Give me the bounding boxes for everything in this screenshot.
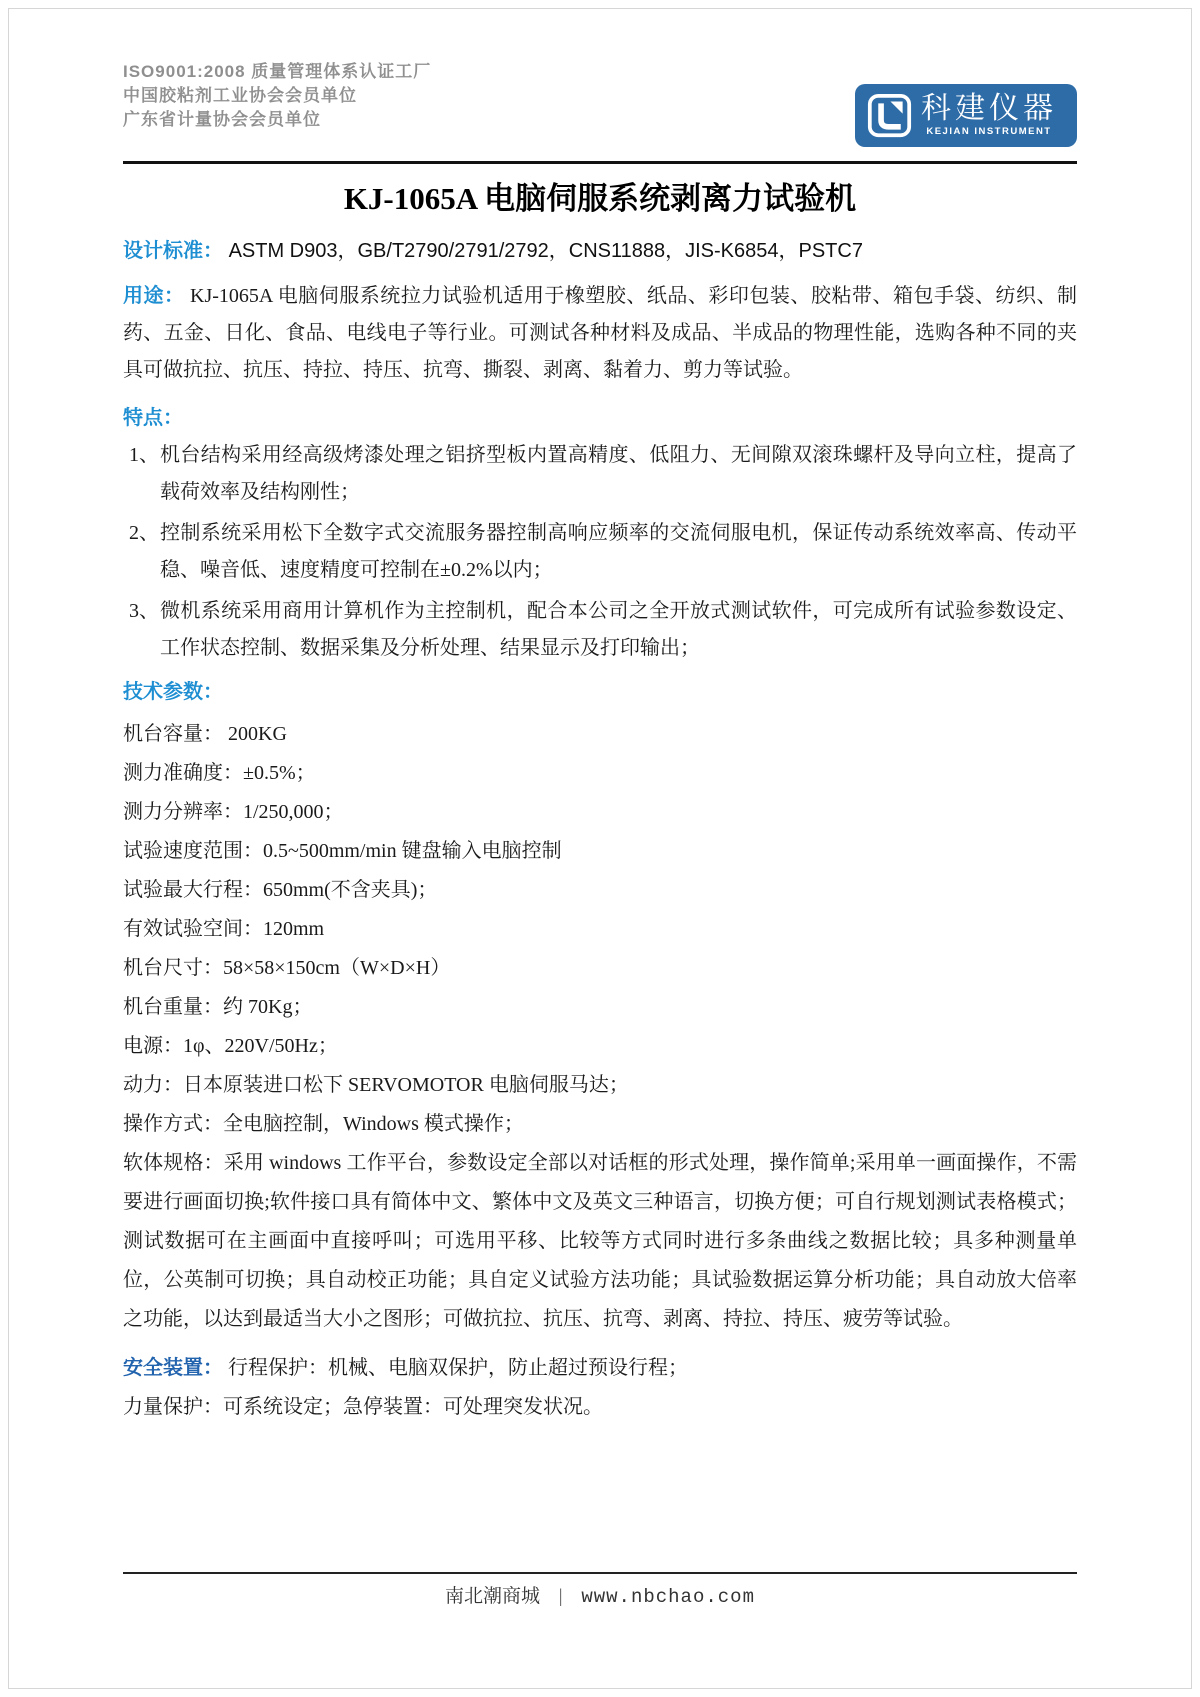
tech-param-line: 机台容量： 200KG [123, 715, 1077, 754]
tech-param-software-paragraph: 软体规格：采用 windows 工作平台，参数设定全部以对话框的形式处理，操作简… [123, 1144, 1077, 1339]
safety-label: 安全装置： [123, 1357, 223, 1379]
certification-line: ISO9001:2008 质量管理体系认证工厂 [123, 60, 431, 84]
page-footer: 南北潮商城 | www.nbchao.com [123, 1572, 1077, 1608]
feature-item: 3、 微机系统采用商用计算机作为主控制机，配合本公司之全开放式测试软件，可完成所… [123, 593, 1077, 667]
feature-text: 机台结构采用经高级烤漆处理之铝挤型板内置高精度、低阻力、无间隙双滚珠螺杆及导向立… [160, 444, 1077, 503]
kejian-logo-mark-icon [867, 93, 912, 138]
footer-text: 南北潮商城 | www.nbchao.com [123, 1574, 1077, 1608]
tech-param-line: 机台重量：约 70Kg； [123, 988, 1077, 1027]
spec-document-page: { "header": { "certifications": [ "ISO90… [0, 0, 1200, 1697]
feature-item: 2、 控制系统采用松下全数字式交流服务器控制高响应频率的交流伺服电机，保证传动系… [123, 515, 1077, 589]
tech-params-list: 机台容量： 200KG 测力准确度：±0.5%； 测力分辨率：1/250,000… [123, 715, 1077, 1339]
safety-line: 安全装置： 行程保护：机械、电脑双保护，防止超过预设行程； [123, 1349, 1077, 1388]
page-title: KJ-1065A 电脑伺服系统剥离力试验机 [123, 178, 1077, 220]
tech-param-line: 电源：1φ、220V/50Hz； [123, 1027, 1077, 1066]
tech-param-line: 有效试验空间：120mm [123, 910, 1077, 949]
tech-param-line: 机台尺寸：58×58×150cm（W×D×H） [123, 949, 1077, 988]
feature-text: 控制系统采用松下全数字式交流服务器控制高响应频率的交流伺服电机，保证传动系统效率… [160, 522, 1077, 581]
usage-text: KJ-1065A 电脑伺服系统拉力试验机适用于橡塑胶、纸品、彩印包装、胶粘带、箱… [123, 285, 1077, 381]
feature-number: 2、 [129, 515, 159, 552]
design-standard-line: 设计标准： ASTM D903，GB/T2790/2791/2792，CNS11… [123, 236, 1077, 266]
certification-line: 广东省计量协会会员单位 [123, 108, 431, 132]
design-standard-label: 设计标准： [123, 240, 223, 262]
tech-params-label: 技术参数： [123, 677, 1077, 707]
feature-item: 1、 机台结构采用经高级烤漆处理之铝挤型板内置高精度、低阻力、无间隙双滚珠螺杆及… [123, 437, 1077, 511]
certification-line: 中国胶粘剂工业协会会员单位 [123, 84, 431, 108]
tech-param-line: 测力分辨率：1/250,000； [123, 793, 1077, 832]
safety-line2-text: 力量保护：可系统设定；急停装置：可处理突发状况。 [123, 1388, 1077, 1427]
safety-line1-text: 行程保护：机械、电脑双保护，防止超过预设行程； [228, 1357, 688, 1379]
feature-number: 1、 [129, 437, 159, 474]
kejian-logo-text: 科建仪器 KEJIAN INSTRUMENT [921, 94, 1057, 137]
logo-brand-cn: 科建仪器 [921, 94, 1057, 124]
usage-paragraph: 用途： KJ-1065A 电脑伺服系统拉力试验机适用于橡塑胶、纸品、彩印包装、胶… [123, 278, 1077, 389]
feature-text: 微机系统采用商用计算机作为主控制机，配合本公司之全开放式测试软件，可完成所有试验… [160, 600, 1077, 659]
tech-param-line: 操作方式：全电脑控制，Windows 模式操作； [123, 1105, 1077, 1144]
footer-divider: | [559, 1586, 563, 1607]
logo-brand-en: KEJIAN INSTRUMENT [926, 127, 1051, 137]
tech-param-line: 测力准确度：±0.5%； [123, 754, 1077, 793]
tech-param-line: 试验速度范围：0.5~500mm/min 键盘输入电脑控制 [123, 832, 1077, 871]
document-header: ISO9001:2008 质量管理体系认证工厂 中国胶粘剂工业协会会员单位 广东… [123, 60, 1077, 147]
tech-param-line: 动力：日本原装进口松下 SERVOMOTOR 电脑伺服马达； [123, 1066, 1077, 1105]
footer-url: www.nbchao.com [581, 1586, 755, 1608]
tech-param-line: 试验最大行程：650mm(不含夹具)； [123, 871, 1077, 910]
safety-section: 安全装置： 行程保护：机械、电脑双保护，防止超过预设行程； 力量保护：可系统设定… [123, 1349, 1077, 1427]
footer-site-name: 南北潮商城 [445, 1586, 540, 1607]
certification-lines: ISO9001:2008 质量管理体系认证工厂 中国胶粘剂工业协会会员单位 广东… [123, 60, 431, 132]
feature-number: 3、 [129, 593, 159, 630]
features-label: 特点： [123, 403, 1077, 433]
header-divider-rule [123, 161, 1077, 164]
document-content: ISO9001:2008 质量管理体系认证工厂 中国胶粘剂工业协会会员单位 广东… [0, 60, 1200, 1427]
design-standard-value: ASTM D903，GB/T2790/2791/2792，CNS11888，JI… [229, 240, 863, 262]
kejian-logo: 科建仪器 KEJIAN INSTRUMENT [855, 84, 1077, 147]
usage-label: 用途： [123, 285, 185, 307]
